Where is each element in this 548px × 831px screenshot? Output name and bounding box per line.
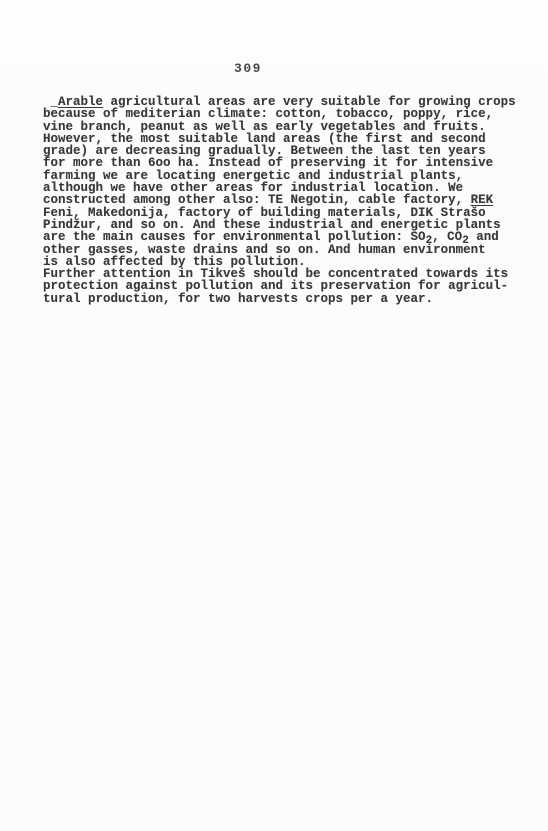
page-number: 309 — [0, 61, 496, 76]
document-page: 309 _Arable agricultural areas are very … — [0, 0, 548, 831]
body-text: _Arable agricultural areas are very suit… — [43, 96, 515, 305]
text-line: tural production, for two harvests crops… — [43, 293, 515, 305]
